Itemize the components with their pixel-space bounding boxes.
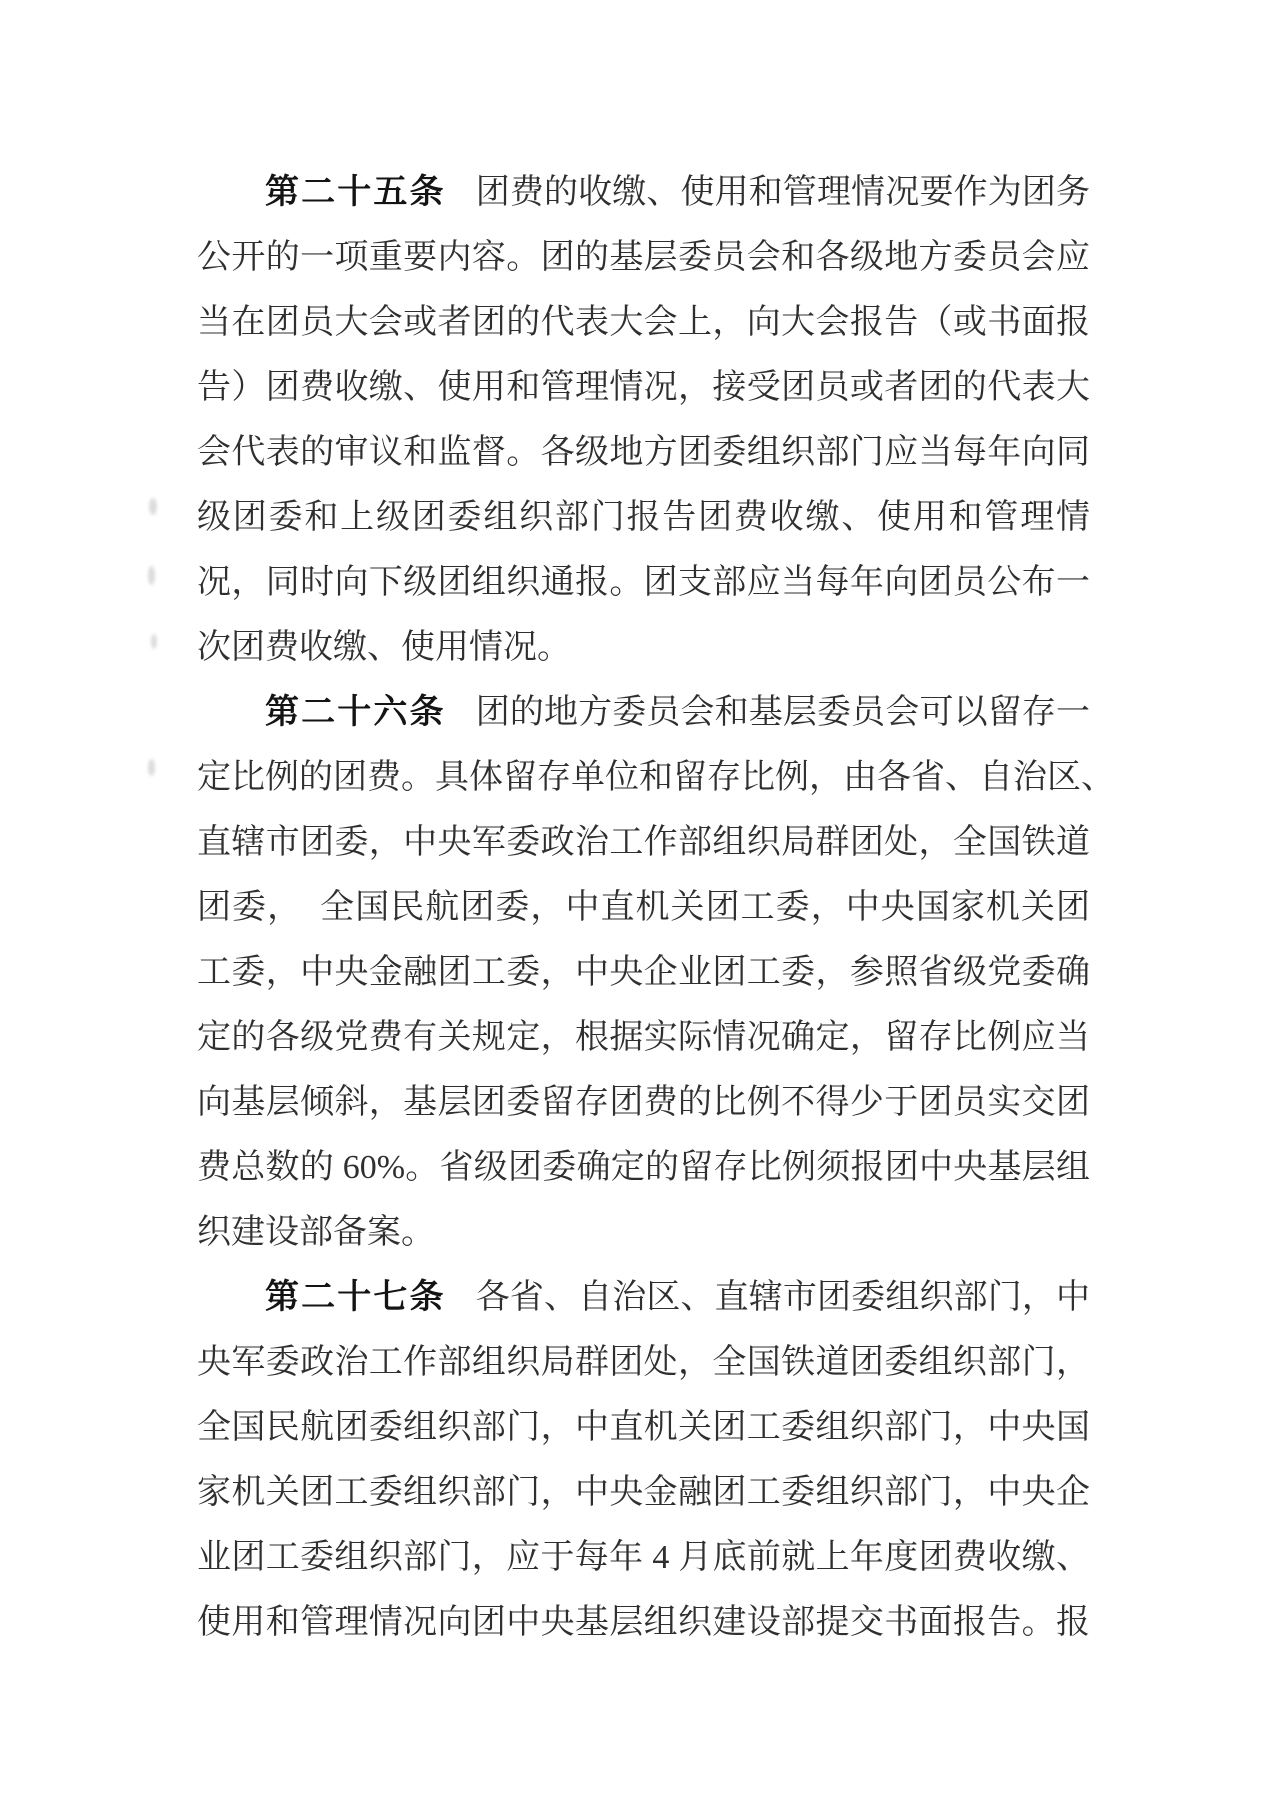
document-page: 第二十五条团费的收缴、使用和管理情况要作为团务 公开的一项重要内容。团的基层委员… bbox=[0, 0, 1279, 1810]
article-25: 第二十五条团费的收缴、使用和管理情况要作为团务 公开的一项重要内容。团的基层委员… bbox=[197, 160, 1090, 680]
text-line: 况，同时向下级团组织通报。团支部应当每年向团员公布一 bbox=[197, 550, 1090, 615]
text-line: 第二十七条各省、自治区、直辖市团委组织部门，中 bbox=[197, 1265, 1090, 1330]
text-line: 向基层倾斜，基层团委留存团费的比例不得少于团员实交团 bbox=[197, 1070, 1090, 1135]
article-number: 第二十六条 bbox=[265, 694, 446, 731]
text-line: 工委，中央金融团工委，中央企业团工委，参照省级党委确 bbox=[197, 940, 1090, 1005]
article-26: 第二十六条团的地方委员会和基层委员会可以留存一 定比例的团费。具体留存单位和留存… bbox=[197, 680, 1090, 1265]
scan-artifact bbox=[148, 566, 155, 585]
text-line: 告）团费收缴、使用和管理情况，接受团员或者团的代表大 bbox=[197, 355, 1090, 420]
text-line: 定的各级党费有关规定，根据实际情况确定，留存比例应当 bbox=[197, 1005, 1090, 1070]
article-text: 团的地方委员会和基层委员会可以留存一 bbox=[476, 694, 1090, 731]
scan-artifact bbox=[149, 498, 157, 515]
article-number: 第二十七条 bbox=[265, 1279, 446, 1316]
text-line: 费总数的 60%。省级团委确定的留存比例须报团中央基层组 bbox=[197, 1135, 1090, 1200]
article-text: 团费的收缴、使用和管理情况要作为团务 bbox=[476, 174, 1090, 211]
text-line: 业团工委组织部门，应于每年 4 月底前就上年度团费收缴、 bbox=[197, 1525, 1090, 1590]
text-line: 全国民航团委组织部门，中直机关团工委组织部门，中央国 bbox=[197, 1395, 1090, 1460]
text-line: 级团委和上级团委组织部门报告团费收缴、使用和管理情 bbox=[197, 485, 1090, 550]
text-line: 团委， 全国民航团委，中直机关团工委，中央国家机关团 bbox=[197, 875, 1090, 940]
scan-artifact bbox=[151, 634, 157, 649]
text-line: 次团费收缴、使用情况。 bbox=[197, 615, 1090, 680]
text-line: 当在团员大会或者团的代表大会上，向大会报告（或书面报 bbox=[197, 290, 1090, 355]
article-text: 各省、自治区、直辖市团委组织部门，中 bbox=[476, 1279, 1090, 1316]
text-line: 使用和管理情况向团中央基层组织建设部提交书面报告。报 bbox=[197, 1590, 1090, 1655]
article-number: 第二十五条 bbox=[265, 174, 446, 211]
text-line: 定比例的团费。具体留存单位和留存比例，由各省、自治区、 bbox=[197, 745, 1090, 810]
text-block: 第二十五条团费的收缴、使用和管理情况要作为团务 公开的一项重要内容。团的基层委员… bbox=[197, 160, 1090, 1655]
text-line: 公开的一项重要内容。团的基层委员会和各级地方委员会应 bbox=[197, 225, 1090, 290]
scan-artifact bbox=[148, 759, 155, 776]
text-line: 会代表的审议和监督。各级地方团委组织部门应当每年向同 bbox=[197, 420, 1090, 485]
text-line: 第二十五条团费的收缴、使用和管理情况要作为团务 bbox=[197, 160, 1090, 225]
text-line: 央军委政治工作部组织局群团处，全国铁道团委组织部门， bbox=[197, 1330, 1090, 1395]
text-line: 直辖市团委，中央军委政治工作部组织局群团处，全国铁道 bbox=[197, 810, 1090, 875]
text-line: 织建设部备案。 bbox=[197, 1200, 1090, 1265]
text-line: 家机关团工委组织部门，中央金融团工委组织部门，中央企 bbox=[197, 1460, 1090, 1525]
text-line: 第二十六条团的地方委员会和基层委员会可以留存一 bbox=[197, 680, 1090, 745]
article-27: 第二十七条各省、自治区、直辖市团委组织部门，中 央军委政治工作部组织局群团处，全… bbox=[197, 1265, 1090, 1655]
